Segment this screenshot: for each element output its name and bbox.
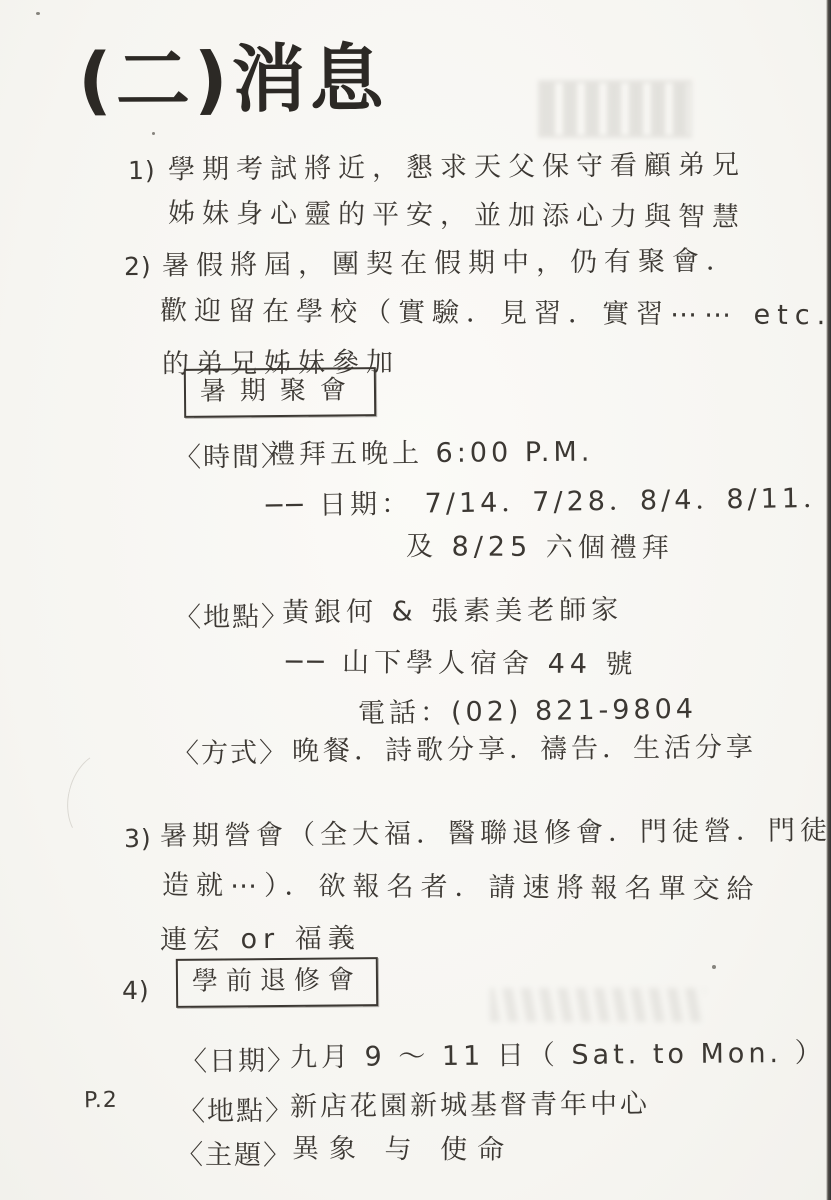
item-1-line-2: 姊妹身心靈的平安，並加添心力與智慧 xyxy=(168,198,746,234)
scan-speck xyxy=(36,12,40,15)
item-3-number: 3) xyxy=(124,824,152,854)
scan-edge-shadow xyxy=(826,0,831,1200)
retreat-date-value: 九月 9 ～ 11 日（ Sat. to Mon. ） xyxy=(290,1038,826,1075)
method-value: 晚餐．詩歌分享．禱告．生活分享 xyxy=(292,732,757,768)
date-list-line-1: ── 日期： 7/14．7/28．8/4．8/11．8/18． xyxy=(266,481,831,523)
item-1-line-1: 學期考試將近，懇求天父保守看顧弟兄 xyxy=(168,149,746,186)
retreat-theme-value: 異象 与 使命 xyxy=(292,1133,514,1167)
pre-semester-retreat-box-heading: 學前退修會 xyxy=(176,957,378,1008)
item-2-line-1: 暑假將屆，團契在假期中，仍有聚會． xyxy=(162,245,740,282)
scan-speck xyxy=(712,965,716,969)
scanned-newsletter-page: { "title": "(二)消息", "page_marker": "P.2"… xyxy=(0,0,831,1200)
phone-line: 電話：(02) 821-9804 xyxy=(358,694,697,731)
ink-bleedthrough-ghost-bottom xyxy=(490,988,705,1022)
time-value: 禮拜五晚上 6:00 P.M. xyxy=(268,437,594,472)
place-address-line: ── 山下學人宿舍 44 號 xyxy=(286,647,638,682)
item-2-number: 2) xyxy=(124,252,152,282)
page-number-marker: P.2 xyxy=(84,1088,118,1115)
retreat-place-label: 〈地點〉 xyxy=(178,1095,294,1128)
method-label: 〈方式〉 xyxy=(172,737,288,770)
item-3-line-1: 暑期營會（全大福．醫聯退修會．門徒營．門徒 xyxy=(160,815,831,853)
ink-bleedthrough-ghost-top xyxy=(538,80,692,138)
item-3-line-2: 造就⋯）．欲報名者．請速將報名單交給 xyxy=(162,870,761,907)
page-title: (二)消息 xyxy=(78,35,388,125)
retreat-theme-label: 〈主題〉 xyxy=(176,1140,292,1173)
item-4-number: 4) xyxy=(122,976,150,1006)
item-3-line-3: 連宏 or 福義 xyxy=(160,923,361,957)
scan-speck xyxy=(152,132,155,135)
summer-gathering-box-heading: 暑期聚會 xyxy=(184,367,376,418)
date-list-line-2: 及 8/25 六個禮拜 xyxy=(406,531,674,565)
place-value: 黃銀何 & 張素美老師家 xyxy=(282,595,624,630)
item-2-line-2: 歡迎留在學校（實驗．見習．實習⋯⋯ etc.） xyxy=(160,296,831,333)
place-label: 〈地點〉 xyxy=(174,601,290,634)
item-1-number: 1) xyxy=(128,156,156,186)
retreat-place-value: 新店花園新城基督青年中心 xyxy=(290,1088,650,1124)
retreat-date-label: 〈日期〉 xyxy=(180,1045,296,1078)
